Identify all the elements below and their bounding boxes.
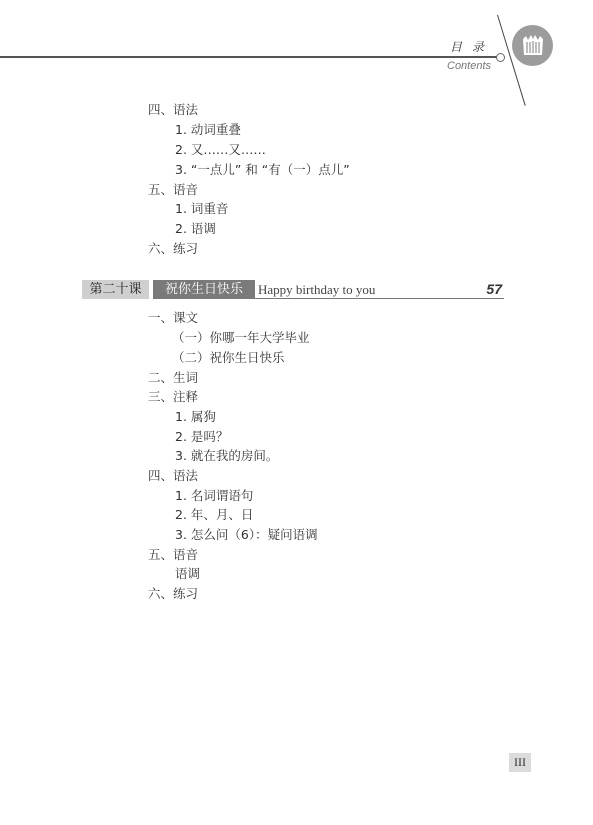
- toc-item[interactable]: 三、注释: [148, 387, 198, 405]
- toc-item[interactable]: 3. 怎么问（6）：疑问语调: [175, 525, 318, 543]
- book-emblem-icon: [512, 25, 553, 66]
- toc-item[interactable]: （一）你哪一年大学毕业: [172, 328, 310, 346]
- header-node-decoration: [496, 53, 505, 62]
- toc-item[interactable]: 四、语法: [148, 100, 198, 118]
- lesson-page-number: 57: [486, 280, 502, 299]
- header-title-en: Contents: [447, 60, 491, 72]
- lesson-number: 第二十课: [82, 280, 149, 299]
- toc-item[interactable]: 六、练习: [148, 239, 198, 257]
- toc-item[interactable]: 2. 是吗？: [175, 427, 228, 445]
- toc-item[interactable]: 语调: [175, 564, 200, 582]
- toc-item[interactable]: 一、课文: [148, 308, 198, 326]
- toc-item[interactable]: 2. 又……又……: [175, 140, 266, 158]
- toc-item[interactable]: 六、练习: [148, 584, 198, 602]
- header-title-cn: 目录: [450, 38, 494, 55]
- lesson-title-en: Happy birthday to you: [258, 280, 375, 299]
- toc-item[interactable]: 1. 名词谓语句: [175, 486, 253, 504]
- toc-item[interactable]: 2. 年、月、日: [175, 505, 253, 523]
- toc-item[interactable]: 五、语音: [148, 545, 198, 563]
- toc-item[interactable]: 1. 动词重叠: [175, 120, 241, 138]
- lesson-banner-rule: [255, 298, 504, 299]
- toc-item[interactable]: 3. 就在我的房间。: [175, 446, 278, 464]
- toc-item[interactable]: 四、语法: [148, 466, 198, 484]
- lesson-title-cn: 祝你生日快乐: [153, 280, 255, 299]
- toc-item[interactable]: （二）祝你生日快乐: [172, 348, 285, 366]
- toc-item[interactable]: 2. 语调: [175, 219, 216, 237]
- header-rule: [0, 56, 498, 58]
- toc-item[interactable]: 3. “一点儿” 和 “有（一）点儿”: [175, 160, 350, 178]
- toc-item[interactable]: 1. 词重音: [175, 199, 228, 217]
- footer-page-number: III: [509, 753, 531, 772]
- lesson-banner[interactable]: 第二十课 祝你生日快乐 Happy birthday to you 57: [82, 280, 504, 299]
- toc-item[interactable]: 二、生词: [148, 368, 198, 386]
- toc-item[interactable]: 1. 属狗: [175, 407, 216, 425]
- toc-item[interactable]: 五、语音: [148, 180, 198, 198]
